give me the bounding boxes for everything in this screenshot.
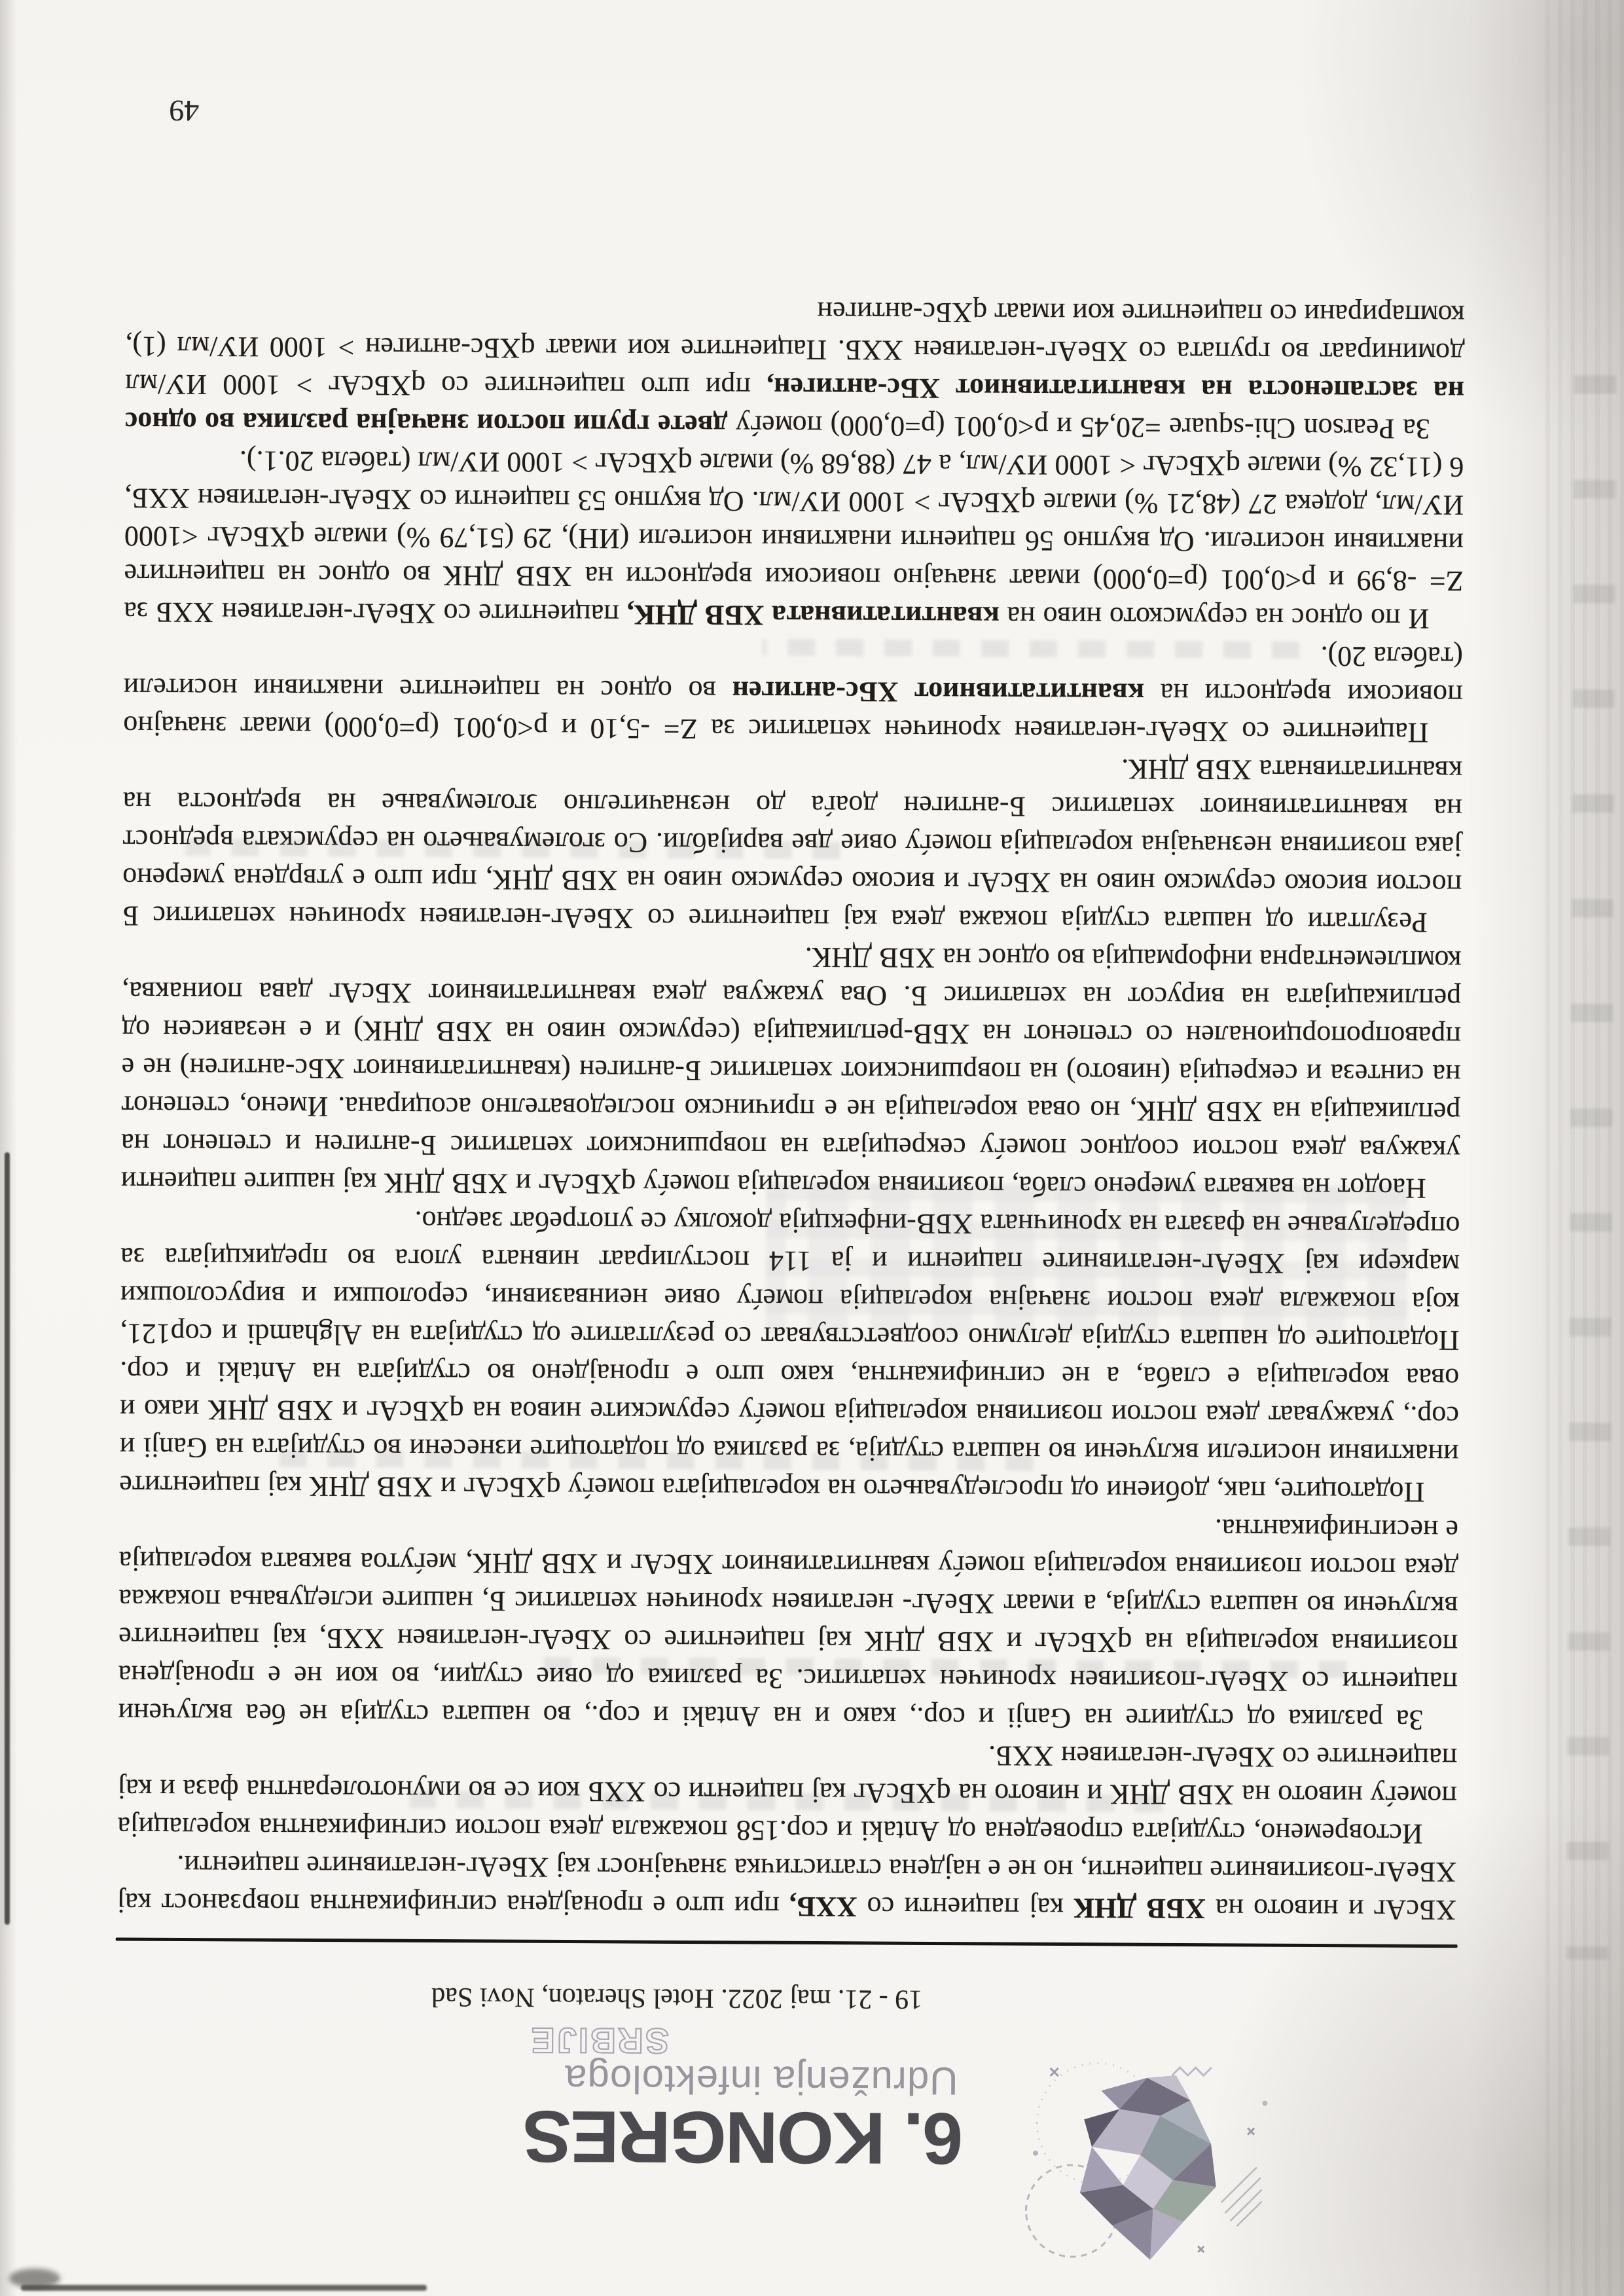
text-run: За Pearson Chi-square =20,45 и p<0,001 (… — [728, 409, 1430, 445]
paragraph: Пациентите со ХБеАг-негативен хроничен х… — [123, 630, 1463, 752]
congress-subtitle: Udruženja infektologa — [564, 2059, 958, 2100]
event-details: 19 - 21. maj 2022. Hotel Sheraton, Novi … — [379, 1981, 975, 2016]
scanned-page: 6. KONGRES Udruženja infektologa SRBIJE … — [0, 0, 1624, 2296]
paragraph: Наодот на ваквата умерено слаба, позитив… — [121, 934, 1462, 1207]
paragraph: За Pearson Chi-square =20,45 и p<0,001 (… — [125, 289, 1465, 448]
page-number: 49 — [169, 94, 199, 128]
text-run: Истовремено, студијата спроведена од Ant… — [117, 1740, 1457, 1850]
paragraph: За разлика од студиите на Ganji и сор., … — [118, 1504, 1458, 1739]
text-run: ХБсАг и нивото на — [1206, 1893, 1456, 1926]
paragraph: Податоците, пак, добиени од проследување… — [119, 1200, 1460, 1511]
paragraph: ХБсАг и нивото на ХБВ ДНК кај пациенти с… — [117, 1846, 1457, 1929]
congress-logo-icon — [1013, 2055, 1289, 2272]
paragraph: Резултати од нашата студија покажа дека … — [122, 744, 1462, 941]
emphasized-text: квантитативниот ХБс-антиген — [732, 675, 1145, 709]
text-run: Податоците, пак, добиени од проследување… — [119, 1205, 1460, 1508]
page-sheet: 6. KONGRES Udruženja infektologa SRBIJE … — [0, 0, 1624, 2296]
emphasized-text: квантитативната ХБВ ДНК, — [627, 599, 1000, 633]
congress-title: 6. KONGRES — [524, 2100, 963, 2176]
body-text: ХБсАг и нивото на ХБВ ДНК кај пациенти с… — [117, 289, 1465, 1929]
text-run: И по однос на серумското ниво на — [999, 600, 1429, 634]
emphasized-text: ХБВ ДНК — [1074, 1892, 1206, 1925]
text-run: За разлика од студиите на Ganji и сор., … — [118, 1513, 1458, 1736]
text-run: кај пациенти со — [857, 1891, 1074, 1924]
text-run: Резултати од нашата студија покажа дека … — [122, 753, 1462, 938]
bleed-through-smudge — [1566, 375, 1617, 1959]
header-divider — [116, 1937, 1458, 1948]
paragraph: Истовремено, студијата спроведена од Ant… — [117, 1732, 1457, 1853]
emphasized-text: ХХБ, — [789, 1891, 857, 1923]
paragraph: И по однос на серумското ниво на квантит… — [124, 441, 1464, 638]
text-run: Наодот на ваквата умерено слаба, позитив… — [121, 941, 1462, 1205]
congress-country: SRBIJE — [530, 2022, 669, 2058]
